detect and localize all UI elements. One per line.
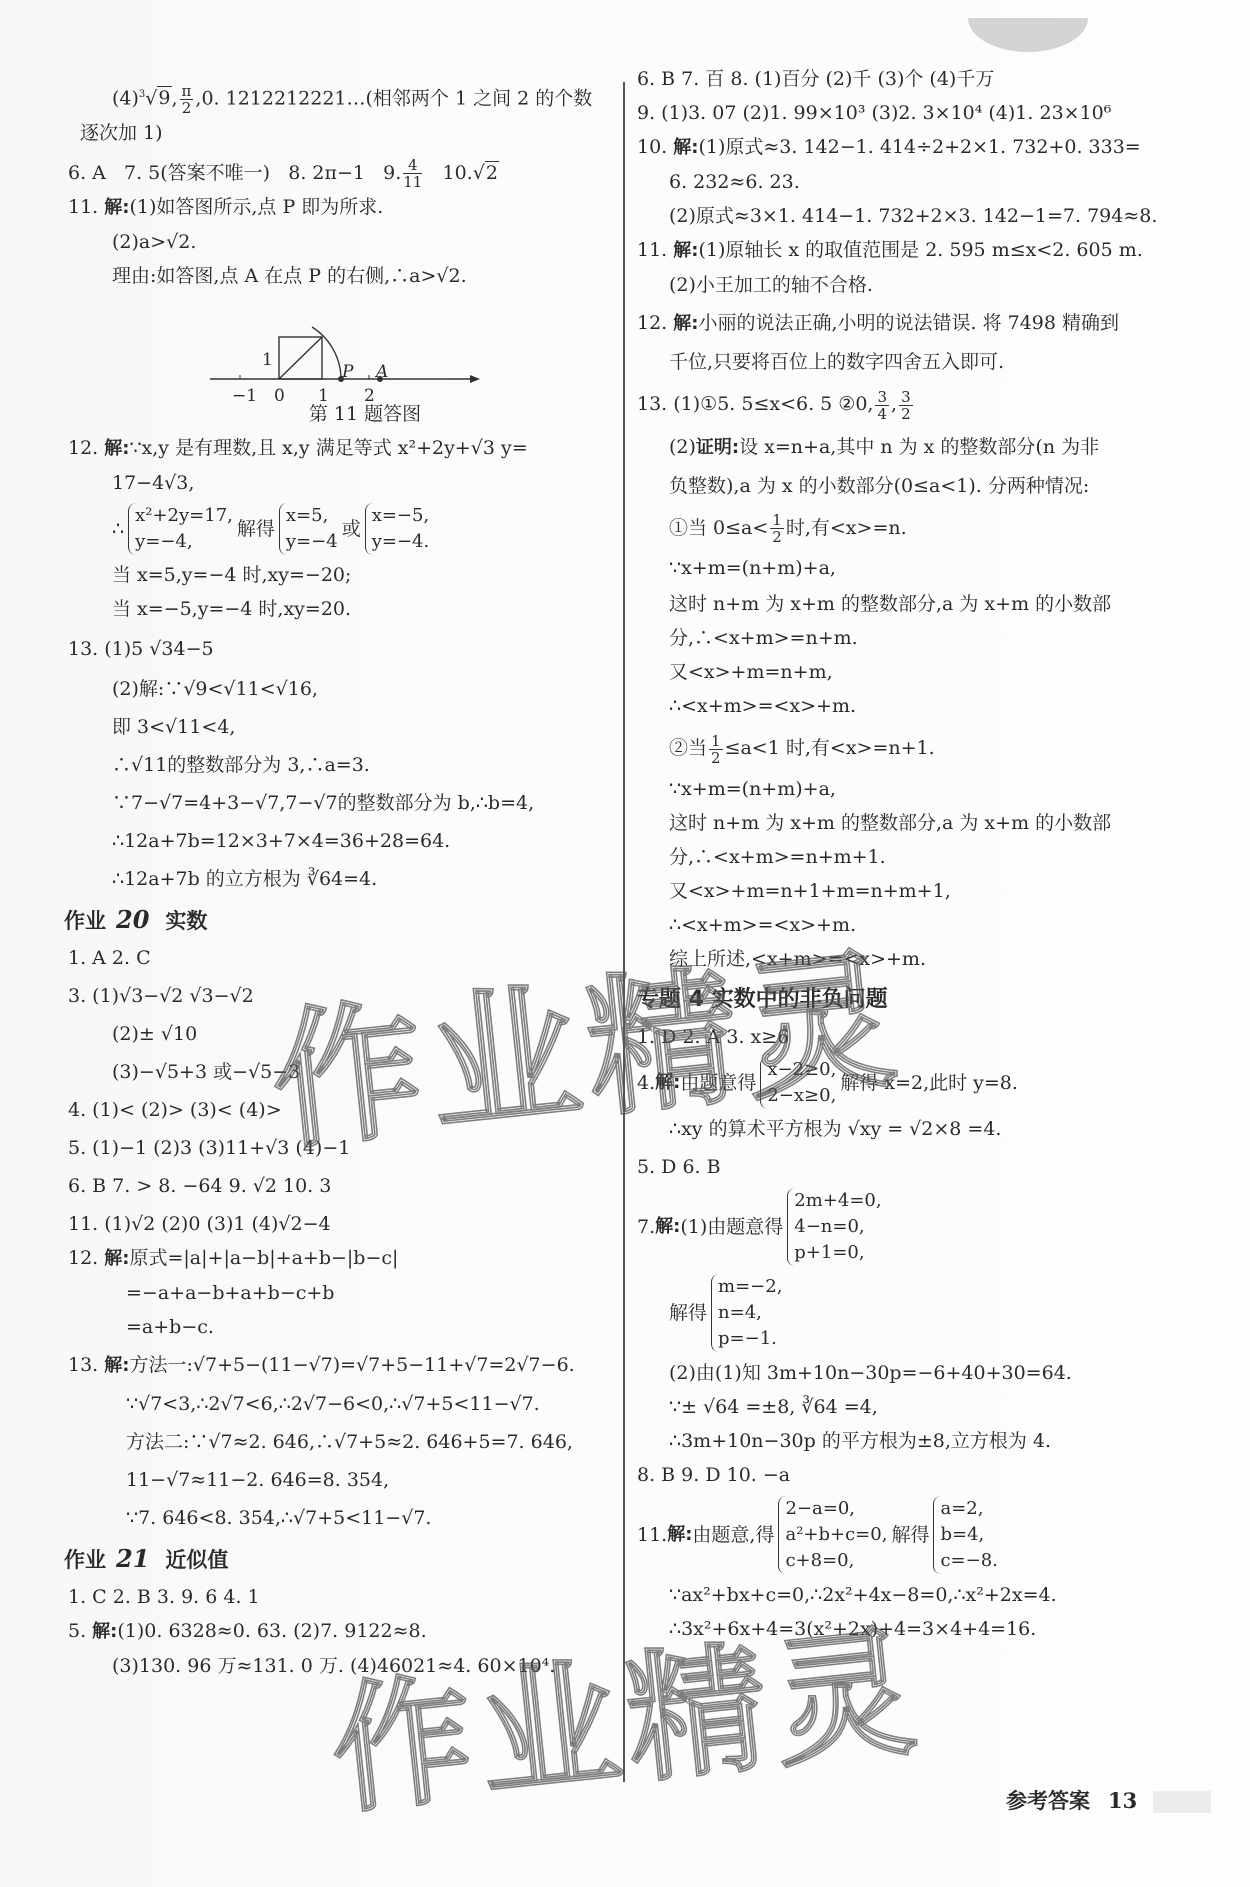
fraction: π2 (180, 83, 194, 116)
answer-line: ∵√7<3,∴2√7<6,∴2√7−6<0,∴√7+5<11−√7. (80, 1387, 610, 1421)
section-heading-topic4: 专题 4 实数中的非负问题 (637, 980, 1197, 1020)
answer-line: (2)± √10 (80, 1017, 610, 1051)
answer-12: 12. 解:小丽的说法正确,小明的说法错误. 将 7498 精确到 (637, 306, 1197, 341)
footer-label: 参考答案 (1006, 1789, 1090, 1813)
answer-line: (3)−√5+3 或−√5−3 (80, 1055, 610, 1089)
answer-10: 10. 解:(1)原式≈3. 142−1. 414÷2+2×1. 732+0. … (637, 130, 1197, 165)
answer-line: =−a+a−b+a+b−c+b (80, 1276, 610, 1310)
answer-line: 当 x=−5,y=−4 时,xy=20. (80, 592, 610, 626)
answer-line: 即 3<√11<4, (80, 710, 610, 744)
answer-line: (2)a>√2. (80, 225, 610, 259)
answer-11-topic: 11. 解:由题意,得 2−a=0,a²+b+c=0,c+8=0, 解得 a=2… (637, 1492, 1197, 1578)
case-2: ②当12≤a<1 时,有<x>=n+1. (637, 731, 1197, 766)
answer-line: 理由:如答图,点 A 在点 P 的右侧,∴a>√2. (80, 259, 610, 293)
answer-line: 8. B 9. D 10. −a (637, 1458, 1197, 1492)
answer-5-hw21: 5. 解:(1)0. 6328≈0. 63. (2)7. 9122≈8. (68, 1614, 610, 1649)
answer-line: 17−4√3, (80, 466, 610, 500)
answer-line: 逐次加 1) (80, 116, 610, 150)
left-column: (4)3√9,π2,0. 1212212221…(相邻两个 1 之间 2 的个数… (80, 78, 610, 1683)
answer-line: 千位,只要将百位上的数字四舍五入即可. (637, 345, 1197, 379)
tick-label: 1 (318, 379, 329, 413)
answer-line: 又<x>+m=n+1+m=n+m+1, (637, 874, 1197, 908)
case-1: ①当 0≤a<12时,有<x>=n. (637, 511, 1197, 546)
answer-line: (4)3√9,π2,0. 1212212221…(相邻两个 1 之间 2 的个数 (80, 78, 610, 116)
answer-line: (2)解:∵√9<√11<√16, (80, 672, 610, 706)
answer-line: 分,∴<x+m>=n+m. (637, 621, 1197, 655)
answer-line: 方法二:∵√7≈2. 646,∴√7+5≈2. 646+5=7. 646, (80, 1425, 610, 1459)
answer-line: ∵x+m=(n+m)+a, (637, 772, 1197, 806)
right-column: 6. B 7. 百 8. (1)百分 (2)千 (3)个 (4)千万 9. (1… (637, 78, 1197, 1646)
answer-line-6-10: 6. A 7. 5(答案不唯一) 8. 2π−1 9.411 10.√2 (68, 156, 610, 191)
answer-line: (2)原式≈3×1. 414−1. 732+2×3. 142−1=7. 794≈… (637, 199, 1197, 233)
answer-line: ∴xy 的算术平方根为 √xy = √2×8 =4. (637, 1112, 1197, 1146)
answer-line: 9. (1)3. 07 (2)1. 99×10³ (3)2. 3×10⁴ (4)… (637, 96, 1197, 130)
answer-line: 6. 232≈6. 23. (637, 165, 1197, 199)
answer-line: ∴3x²+6x+4=3(x²+2x)+4=3×4+4=16. (637, 1612, 1197, 1646)
answer-line: ∵7. 646<8. 354,∴√7+5<11−√7. (80, 1501, 610, 1535)
answer-line: 5. (1)−1 (2)3 (3)11+√3 (4)−1 (68, 1131, 610, 1165)
answer-line: ∵± √64 =±8, ∛64 =4, (637, 1390, 1197, 1424)
answer-line: 11. (1)√2 (2)0 (3)1 (4)√2−4 (68, 1207, 610, 1241)
answer-13-hw20: 13. 解:方法一:√7+5−(11−√7)=√7+5−11+√7=2√7−6. (68, 1348, 610, 1383)
answer-line: ∴12a+7b=12×3+7×4=36+28=64. (80, 824, 610, 858)
tick-label: 2 (364, 379, 375, 413)
proof-line: (2)证明:设 x=n+a,其中 n 为 x 的整数部分(n 为非 (637, 430, 1197, 465)
answer-line: (3)130. 96 万≈131. 0 万. (4)46021≈4. 60×10… (80, 1649, 610, 1683)
answer-line: (2)小王加工的轴不合格. (637, 268, 1197, 302)
answer-line: 11−√7≈11−2. 646=8. 354, (80, 1463, 610, 1497)
section-heading-hw20: 作业20实数 (64, 900, 610, 941)
number-line-figure: −1 0 1 2 1 P A (80, 297, 610, 397)
answer-line: =a+b−c. (80, 1310, 610, 1344)
column-divider (623, 82, 625, 1782)
answer-line: 负整数),a 为 x 的小数部分(0≤a<1). 分两种情况: (637, 469, 1197, 503)
page-footer: 参考答案13 (1006, 1785, 1211, 1815)
answer-line: 6. B 7. 百 8. (1)百分 (2)千 (3)个 (4)千万 (637, 62, 1197, 96)
answer-line: 3. (1)√3−√2 √3−√2 (68, 979, 610, 1013)
answer-line: 5. D 6. B (637, 1150, 1197, 1184)
answer-line: 分,∴<x+m>=n+m+1. (637, 840, 1197, 874)
answer-line: ∴<x+m>=<x>+m. (637, 689, 1197, 723)
answer-line: 当 x=5,y=−4 时,xy=−20; (80, 558, 610, 592)
answer-11: 11. 解:(1)原轴长 x 的取值范围是 2. 595 m≤x<2. 605 … (637, 233, 1197, 268)
answer-line: 综上所述,<x+m>=<x>+m. (637, 942, 1197, 976)
answer-line: 这时 n+m 为 x+m 的整数部分,a 为 x+m 的小数部 (637, 587, 1197, 621)
answer-4: 4. 解:由题意得 x−2≥0,2−x≥0, 解得 x=2,此时 y=8. (637, 1054, 1197, 1112)
answer-line: 这时 n+m 为 x+m 的整数部分,a 为 x+m 的小数部 (637, 806, 1197, 840)
answer-13: 13. (1)5 √34−5 (68, 632, 610, 666)
answer-line: 1. A 2. C (68, 941, 610, 975)
answer-line: ∵ax²+bx+c=0,∴2x²+4x−8=0,∴x²+2x=4. (637, 1578, 1197, 1612)
answer-line: 6. B 7. > 8. −64 9. √2 10. 3 (68, 1169, 610, 1203)
answer-line: ∴√11的整数部分为 3,∴a=3. (80, 748, 610, 782)
system-of-equations: ∴x²+2y=17,y=−4, 解得 x=5,y=−4 或 x=−5,y=−4. (80, 500, 610, 558)
answer-line: ∵x+m=(n+m)+a, (637, 551, 1197, 585)
figure-caption: 第 11 题答图 (80, 397, 610, 431)
section-heading-hw21: 作业21近似值 (64, 1539, 610, 1580)
point-a-label: A (376, 355, 388, 389)
answer-11: 11. 解:(1)如答图所示,点 P 即为所求. (68, 190, 610, 225)
answer-line: ∴12a+7b 的立方根为 ∛64=4. (80, 862, 610, 896)
answer-line: 1. D 2. A 3. x≥6 (637, 1020, 1197, 1054)
tick-label: 0 (274, 379, 285, 413)
answer-7: 7. 解:(1)由题意得 2m+4=0,4−n=0,p+1=0, (637, 1184, 1197, 1270)
answer-line: 1. C 2. B 3. 9. 6 4. 1 (68, 1580, 610, 1614)
footer-stamp (1153, 1791, 1211, 1813)
point-p-label: P (342, 355, 353, 389)
answer-line: 4. (1)< (2)> (3)< (4)> (68, 1093, 610, 1127)
answer-line: ∴<x+m>=<x>+m. (637, 908, 1197, 942)
answer-line: ∵7−√7=4+3−√7,7−√7的整数部分为 b,∴b=4, (80, 786, 610, 820)
answer-12-hw20: 12. 解:原式=|a|+|a−b|+a+b−|b−c| (68, 1241, 610, 1276)
tick-label: −1 (232, 379, 257, 413)
answer-line: (2)由(1)知 3m+10n−30p=−6+40+30=64. (637, 1356, 1197, 1390)
answer-line: ∴3m+10n−30p 的平方根为±8,立方根为 4. (637, 1424, 1197, 1458)
answer-line: 又<x>+m=n+m, (637, 655, 1197, 689)
page-number: 13 (1108, 1788, 1137, 1813)
side-label: 1 (262, 343, 273, 377)
answer-13: 13. (1)①5. 5≤x<6. 5 ②0,34,32 (637, 387, 1197, 422)
solution-system: 解得 m=−2,n=4,p=−1. (637, 1270, 1197, 1356)
answer-12: 12. 解:∵x,y 是有理数,且 x,y 满足等式 x²+2y+√3 y= (68, 431, 610, 466)
